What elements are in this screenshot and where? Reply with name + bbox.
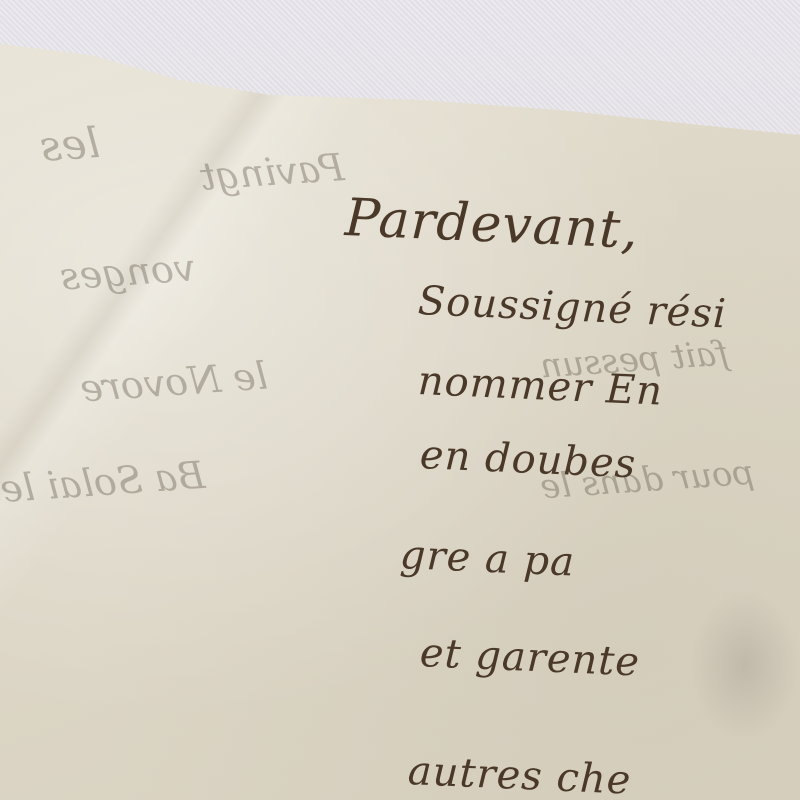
handwritten-line: Pardevant,	[344, 188, 640, 261]
handwritten-line: en doubes	[419, 432, 637, 487]
bleed-through-text: les	[38, 118, 101, 171]
ink-stain	[690, 590, 800, 740]
handwritten-line: gre a pa	[399, 532, 576, 586]
handwritten-line: et garente	[419, 630, 641, 686]
bleed-through-text: vonges	[59, 245, 197, 298]
handwritten-line: autres che	[407, 748, 632, 800]
